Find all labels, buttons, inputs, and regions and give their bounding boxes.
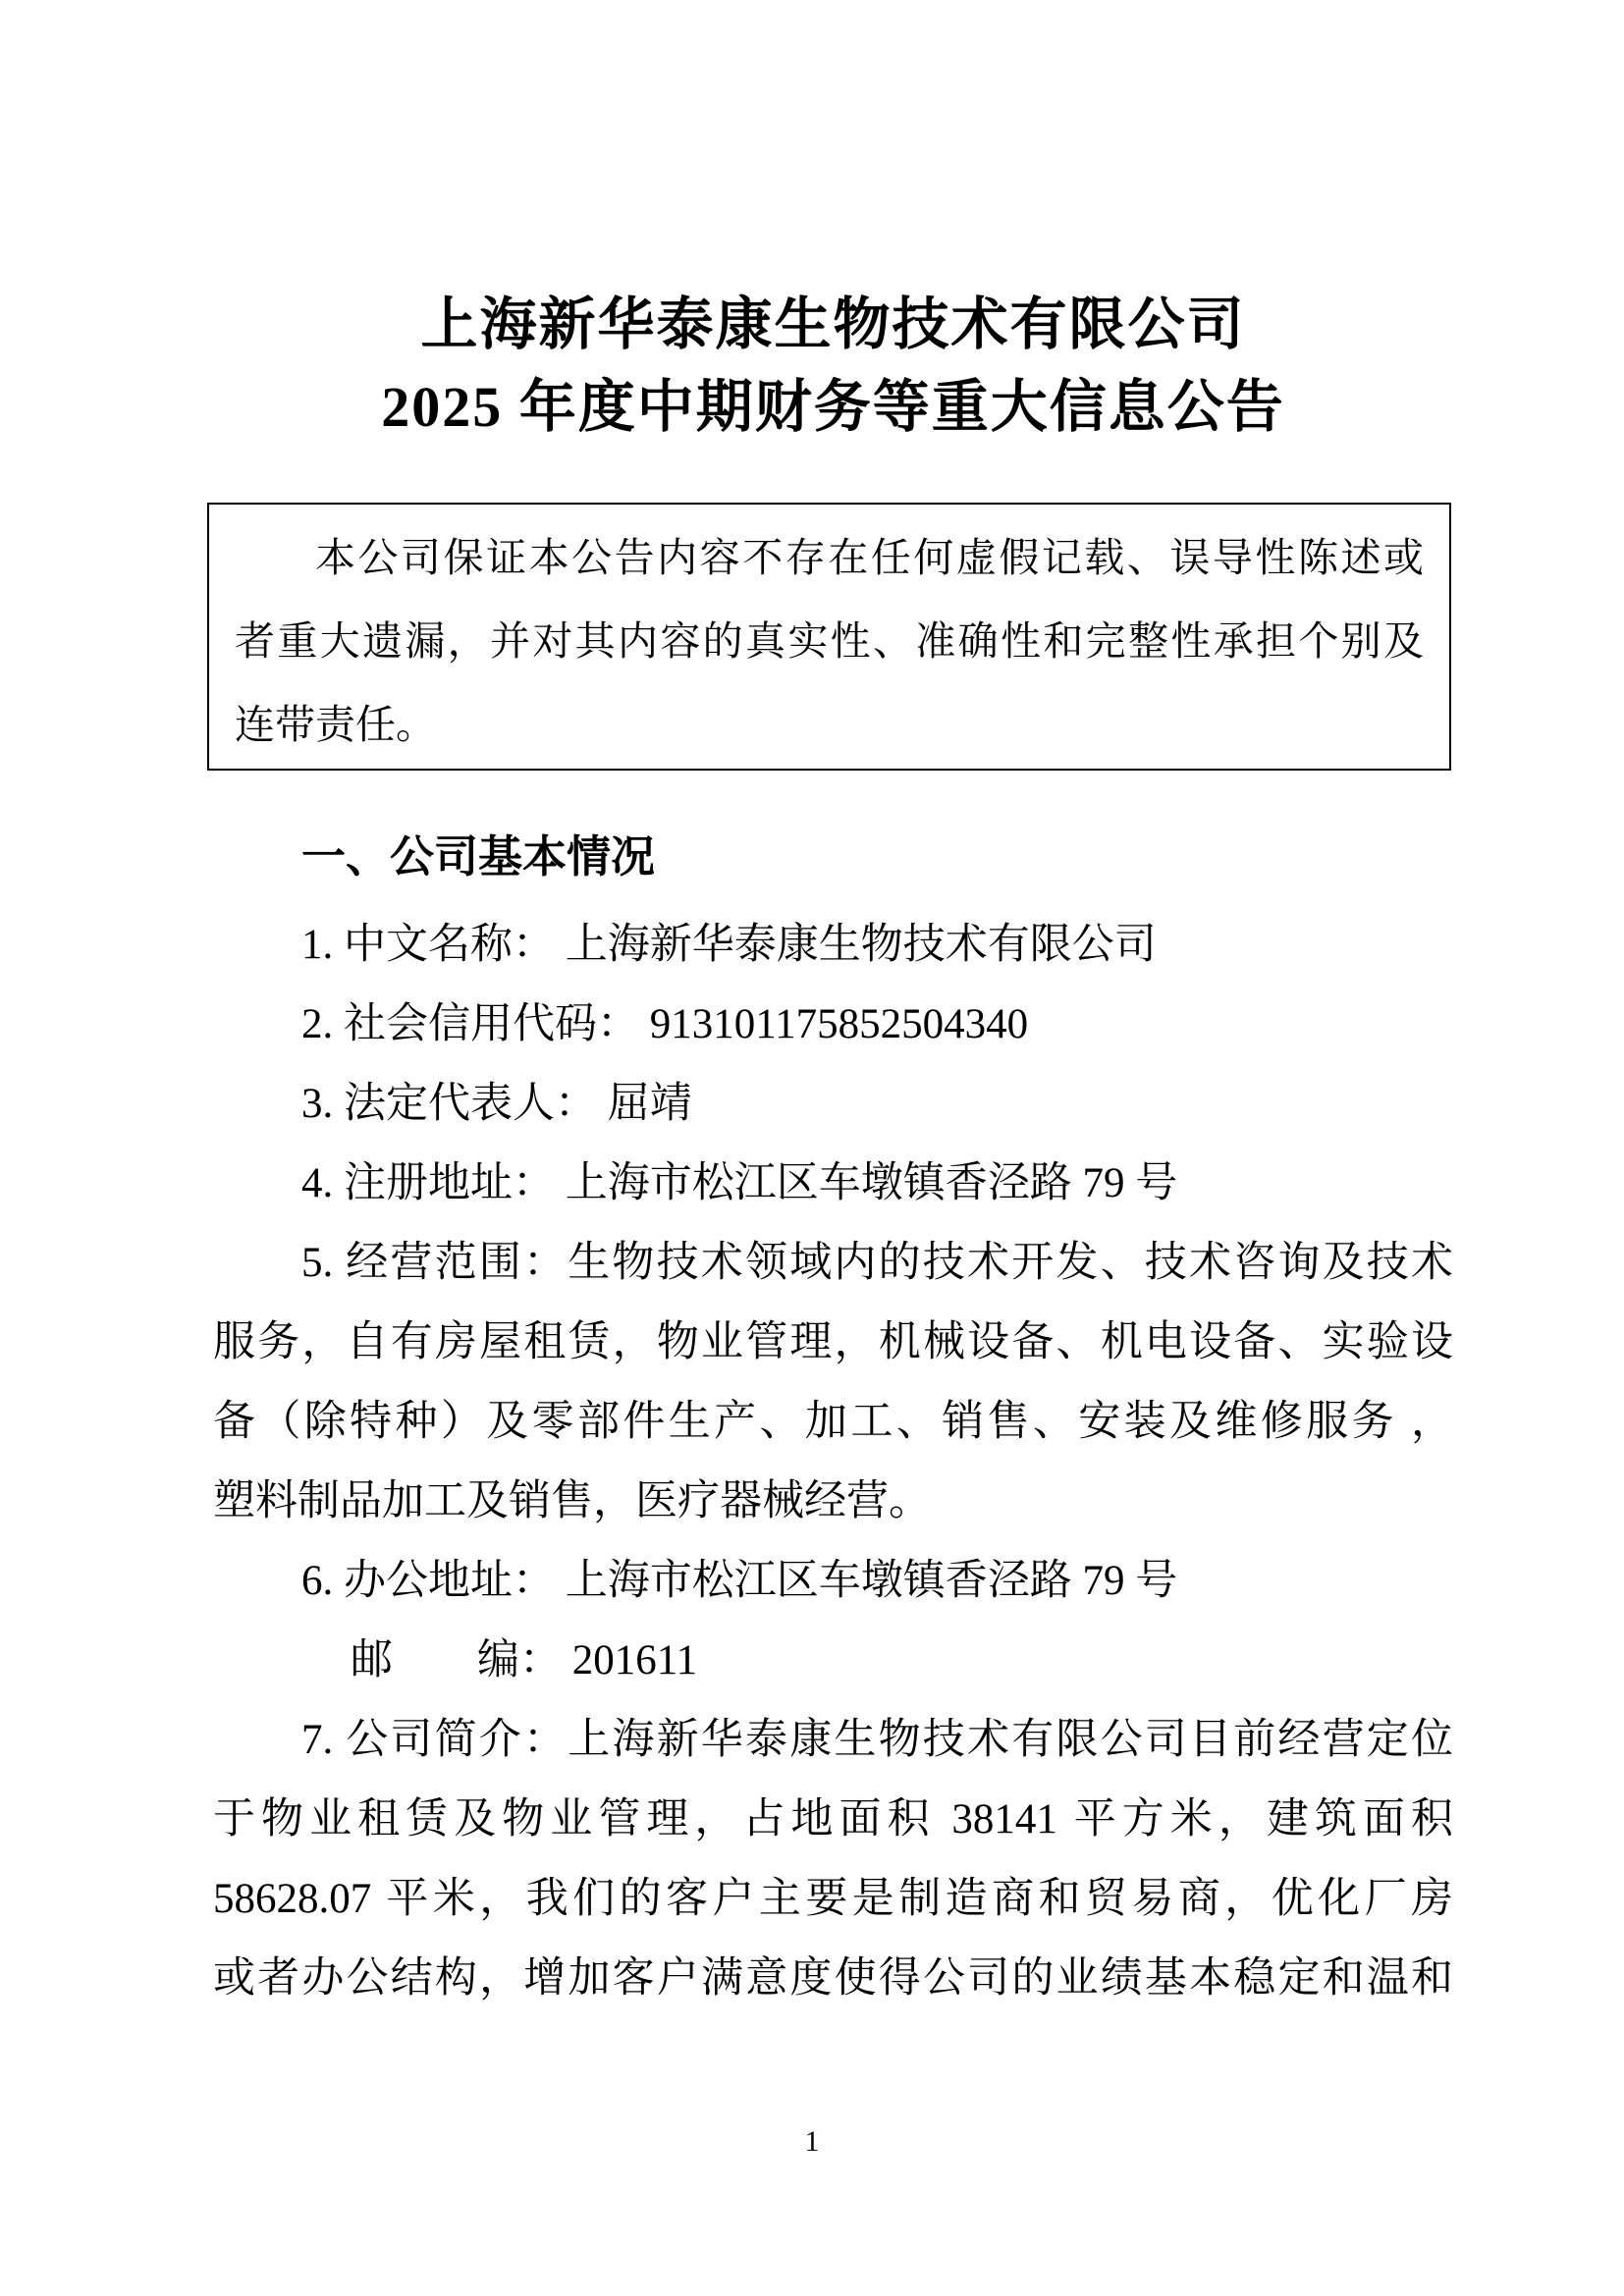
body-line: 7. 公司简介：上海新华泰康生物技术有限公司目前经营定位 [213,1700,1453,1780]
body-line: 4. 注册地址： 上海市松江区车墩镇香泾路 79 号 [213,1144,1453,1223]
page-number: 1 [0,2122,1624,2162]
body-line: 或者办公结构，增加客户满意度使得公司的业绩基本稳定和温和 [213,1939,1453,2018]
disclaimer-line: 本公司保证本公告内容不存在任何虚假记载、误导性陈述或 [235,516,1424,600]
body-line: 2. 社会信用代码： 913101175852504340 [213,985,1453,1064]
body-line: 1. 中文名称： 上海新华泰康生物技术有限公司 [213,905,1453,985]
page-title-line-1: 上海新华泰康生物技术有限公司 [213,284,1453,366]
body-line: 58628.07 平米，我们的客户主要是制造商和贸易商，优化厂房 [213,1859,1453,1939]
body-line: 5. 经营范围：生物技术领域内的技术开发、技术咨询及技术 [213,1223,1453,1303]
disclaimer-line: 连带责任。 [235,683,1424,767]
body-line: 3. 法定代表人： 屈靖 [213,1064,1453,1144]
body-line: 备（除特种）及零部件生产、加工、销售、安装及维修服务 ， [213,1382,1453,1462]
disclaimer-line: 者重大遗漏，并对其内容的真实性、准确性和完整性承担个别及 [235,600,1424,683]
body-line: 6. 办公地址： 上海市松江区车墩镇香泾路 79 号 [213,1541,1453,1621]
body-line: 塑料制品加工及销售，医疗器械经营。 [213,1462,1453,1541]
page-title-line-2: 2025 年度中期财务等重大信息公告 [213,366,1453,449]
body-line: 邮 编： 201611 [213,1621,1453,1700]
body-line: 于物业租赁及物业管理，占地面积 38141 平方米，建筑面积 [213,1780,1453,1859]
section-company-basic-info: 一、公司基本情况 1. 中文名称： 上海新华泰康生物技术有限公司 2. 社会信用… [213,817,1453,2018]
disclaimer-box: 本公司保证本公告内容不存在任何虚假记载、误导性陈述或 者重大遗漏，并对其内容的真… [207,503,1451,771]
document-title: 上海新华泰康生物技术有限公司 2025 年度中期财务等重大信息公告 [213,284,1453,449]
document-page: 上海新华泰康生物技术有限公司 2025 年度中期财务等重大信息公告 本公司保证本… [0,0,1624,2296]
body-line: 服务，自有房屋租赁，物业管理，机械设备、机电设备、实验设 [213,1303,1453,1382]
section-heading: 一、公司基本情况 [213,817,1453,897]
